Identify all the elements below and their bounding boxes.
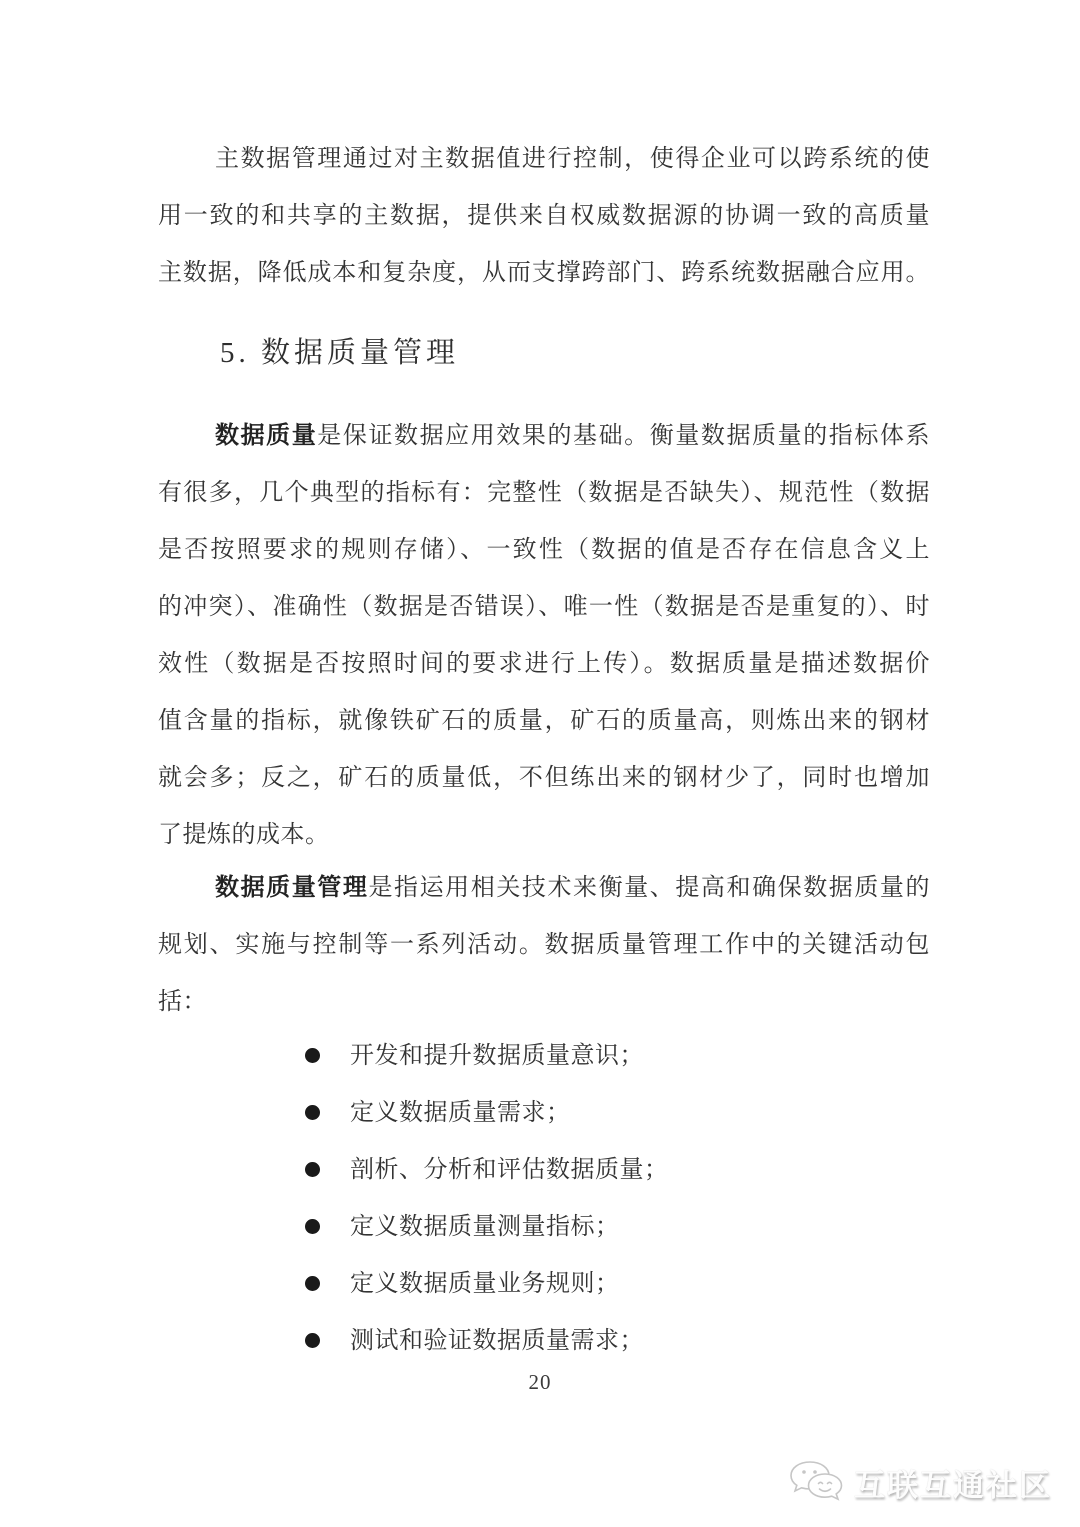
bullet-text: 测试和验证数据质量需求； <box>350 1328 644 1354</box>
wechat-chat-bubbles-icon <box>784 1458 846 1506</box>
text-line: 括： <box>158 974 930 1031</box>
text-line: 数据质量管理是指运用相关技术来衡量、提高和确保数据质量的 <box>158 860 930 917</box>
text-line: 的冲突）、准确性（数据是否错误）、唯一性（数据是否是重复的）、时 <box>158 579 930 636</box>
text-line: 是否按照要求的规则存储）、一致性（数据的值是否存在信息含义上 <box>158 522 930 579</box>
bullet-item: 定义数据质量需求； <box>158 1085 930 1142</box>
section-heading-data-quality-management: 5. 数据质量管理 <box>220 330 459 376</box>
paragraph-data-quality: 数据质量是保证数据应用效果的基础。衡量数据质量的指标体系有很多，几个典型的指标有… <box>158 408 930 864</box>
bullet-item: 剖析、分析和评估数据质量； <box>158 1142 930 1199</box>
text-line: 规划、实施与控制等一系列活动。数据质量管理工作中的关键活动包 <box>158 917 930 974</box>
bold-term: 数据质量 <box>215 423 317 449</box>
bullet-dot-icon <box>305 1162 320 1177</box>
bold-term: 数据质量管理 <box>215 875 368 901</box>
page-number: 20 <box>0 1370 1080 1395</box>
bullet-list-key-activities: 开发和提升数据质量意识；定义数据质量需求；剖析、分析和评估数据质量；定义数据质量… <box>158 1028 930 1370</box>
bullet-dot-icon <box>305 1276 320 1291</box>
text-line: 用一致的和共享的主数据，提供来自权威数据源的协调一致的高质量 <box>158 188 930 245</box>
bullet-text: 定义数据质量需求； <box>350 1100 571 1126</box>
text-line: 了提炼的成本。 <box>158 807 930 864</box>
watermark-label: 互联互通社区 <box>854 1460 1052 1505</box>
bullet-text: 开发和提升数据质量意识； <box>350 1043 644 1069</box>
bullet-dot-icon <box>305 1333 320 1348</box>
bullet-item: 定义数据质量测量指标； <box>158 1199 930 1256</box>
bullet-text: 剖析、分析和评估数据质量； <box>350 1157 669 1183</box>
text-line: 就会多；反之，矿石的质量低，不但练出来的钢材少了，同时也增加 <box>158 750 930 807</box>
bullet-text: 定义数据质量业务规则； <box>350 1271 620 1297</box>
document-page: 主数据管理通过对主数据值进行控制，使得企业可以跨系统的使用一致的和共享的主数据，… <box>0 0 1080 1527</box>
text-line: 主数据管理通过对主数据值进行控制，使得企业可以跨系统的使 <box>158 131 930 188</box>
bullet-dot-icon <box>305 1219 320 1234</box>
text-line: 主数据，降低成本和复杂度，从而支撑跨部门、跨系统数据融合应用。 <box>158 245 930 302</box>
bullet-text: 定义数据质量测量指标； <box>350 1214 620 1240</box>
paragraph-data-quality-management: 数据质量管理是指运用相关技术来衡量、提高和确保数据质量的规划、实施与控制等一系列… <box>158 860 930 1031</box>
watermark: 互联互通社区 <box>784 1458 1052 1506</box>
bullet-item: 开发和提升数据质量意识； <box>158 1028 930 1085</box>
text-line: 数据质量是保证数据应用效果的基础。衡量数据质量的指标体系 <box>158 408 930 465</box>
bullet-dot-icon <box>305 1105 320 1120</box>
bullet-item: 测试和验证数据质量需求； <box>158 1313 930 1370</box>
text-line: 效性（数据是否按照时间的要求进行上传）。数据质量是描述数据价 <box>158 636 930 693</box>
bullet-dot-icon <box>305 1048 320 1063</box>
paragraph-master-data-management: 主数据管理通过对主数据值进行控制，使得企业可以跨系统的使用一致的和共享的主数据，… <box>158 131 930 302</box>
text-line: 值含量的指标，就像铁矿石的质量，矿石的质量高，则炼出来的钢材 <box>158 693 930 750</box>
text-line: 有很多，几个典型的指标有：完整性（数据是否缺失）、规范性（数据 <box>158 465 930 522</box>
bullet-item: 定义数据质量业务规则； <box>158 1256 930 1313</box>
